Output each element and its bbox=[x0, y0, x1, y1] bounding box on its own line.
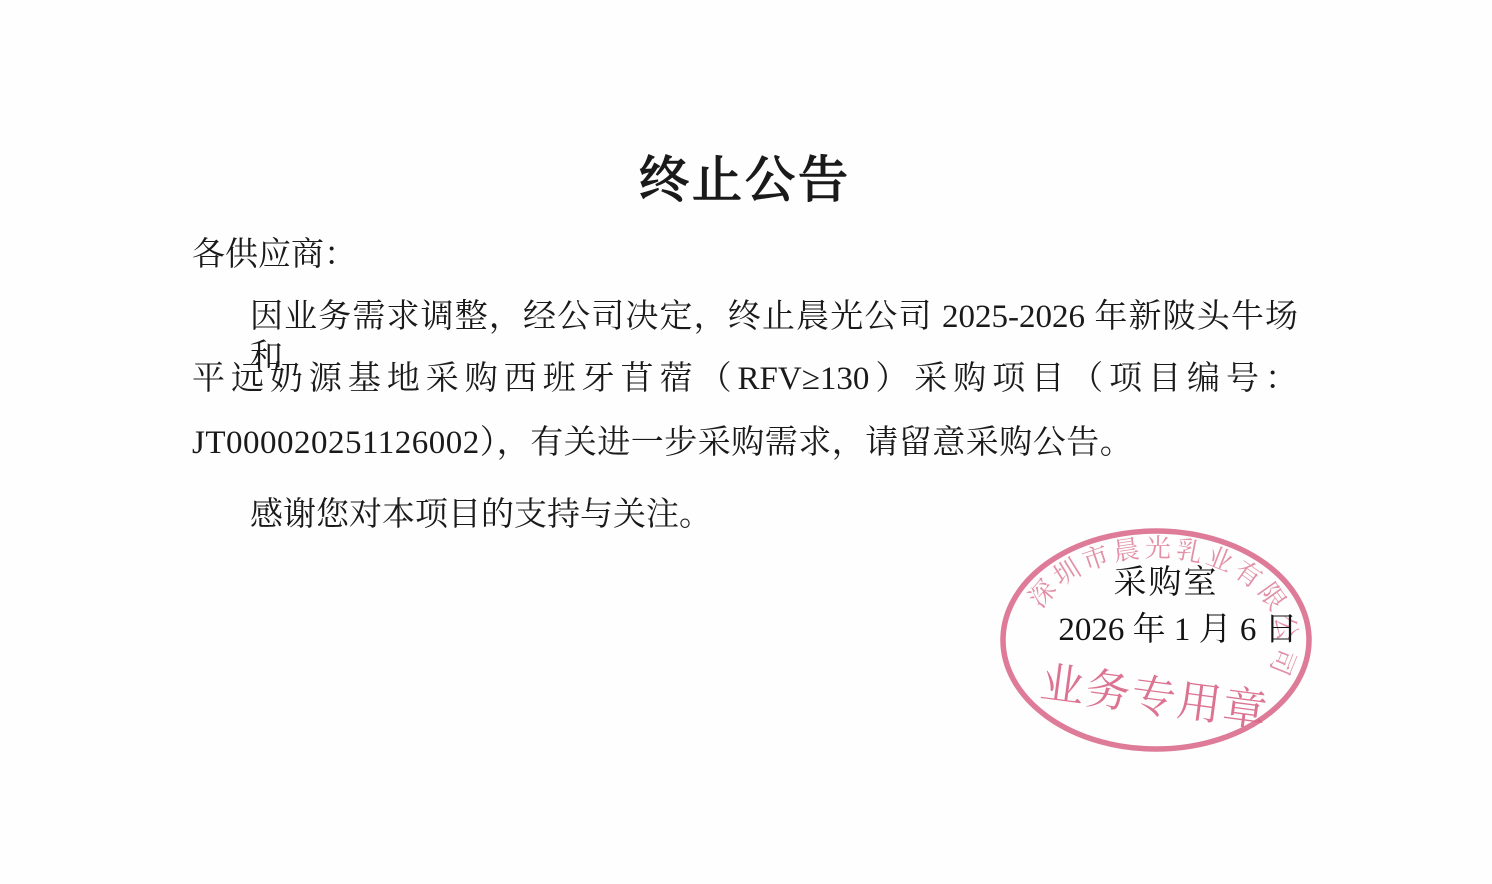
signature-date: 2026 年 1 月 6 日 bbox=[1058, 611, 1297, 651]
salutation: 各供应商： bbox=[192, 236, 1298, 276]
body-paragraph1-line2: 平远奶源基地采购西班牙苜蓿（RFV≥130）采购项目（项目编号： bbox=[192, 360, 1298, 400]
document-page: 终止公告 各供应商： 因业务需求调整，经公司决定，终止晨光公司 2025-202… bbox=[0, 0, 1492, 884]
document-title: 终止公告 bbox=[192, 150, 1298, 210]
body-paragraph1-line3: JT000020251126002），有关进一步采购需求，请留意采购公告。 bbox=[192, 424, 1298, 464]
signature-office: 采购室 bbox=[1114, 564, 1219, 604]
seal-type-text: 业务专用章 bbox=[1037, 658, 1271, 737]
